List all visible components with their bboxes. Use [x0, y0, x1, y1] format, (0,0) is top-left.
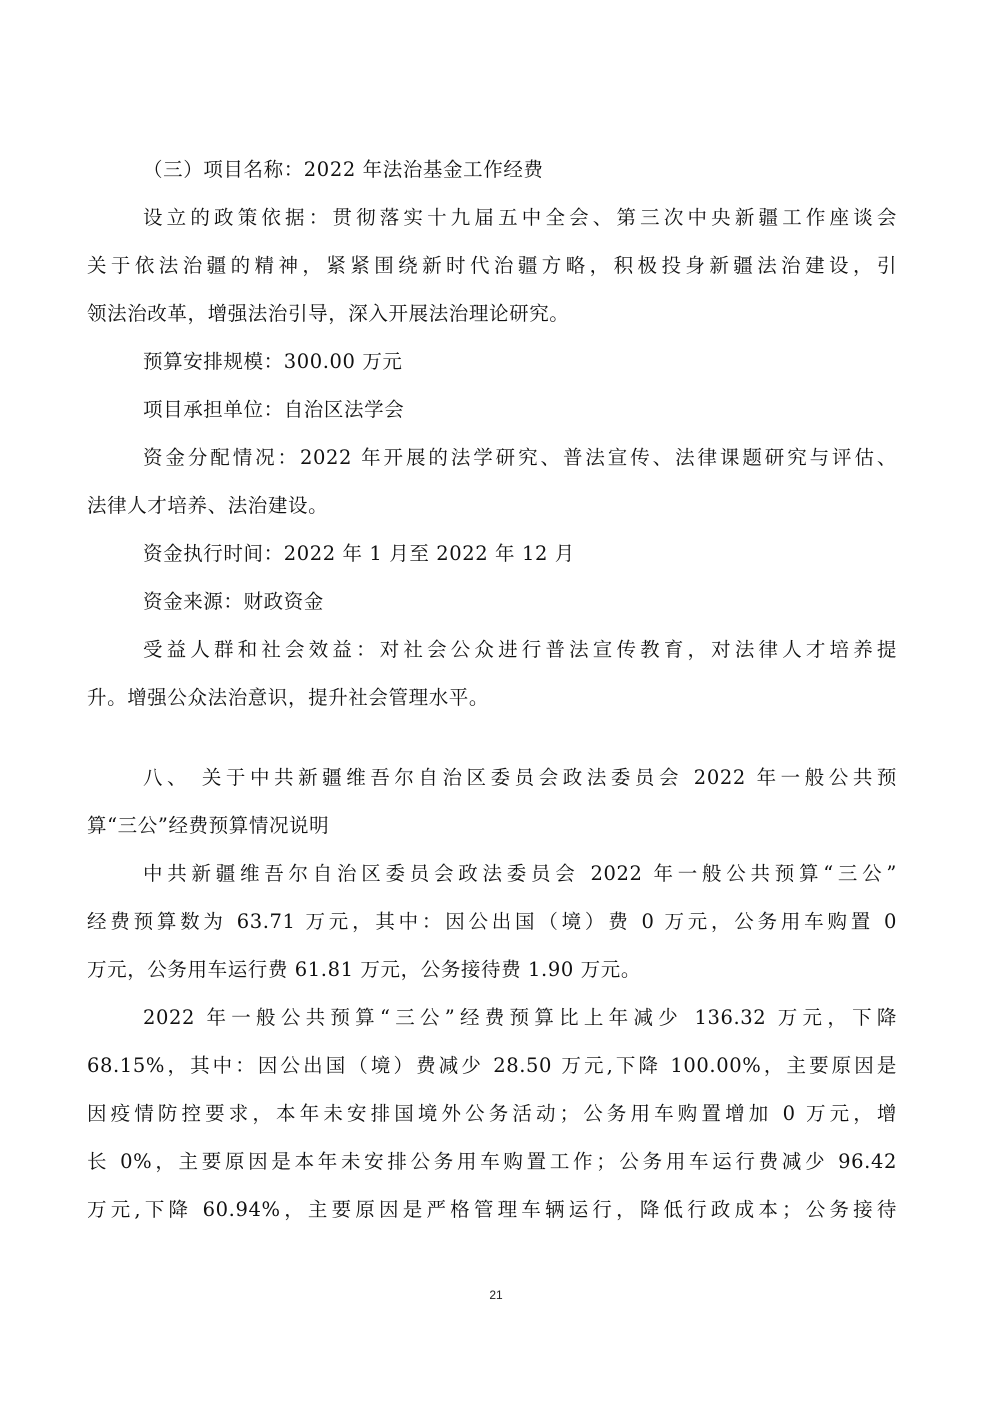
paragraph-2-line-4: 长 0%，主要原因是本年未安排公务用车购置工作；公务用车运行费减少 96.42: [87, 1150, 897, 1174]
section-eight-heading-line-1: 八、 关于中共新疆维吾尔自治区委员会政法委员会 2022 年一般公共预: [143, 766, 897, 790]
fund-source: 资金来源：财政资金: [143, 590, 897, 614]
policy-basis-line-3: 领法治改革，增强法治引导，深入开展法治理论研究。: [87, 302, 897, 326]
undertaking-unit: 项目承担单位：自治区法学会: [143, 398, 897, 422]
paragraph-1-line-3: 万元，公务用车运行费 61.81 万元，公务接待费 1.90 万元。: [87, 958, 897, 982]
policy-basis-line-1: 设立的政策依据：贯彻落实十九届五中全会、第三次中央新疆工作座谈会: [143, 206, 897, 230]
beneficiaries-line-2: 升。增强公众法治意识，提升社会管理水平。: [87, 686, 897, 710]
paragraph-1-line-1: 中共新疆维吾尔自治区委员会政法委员会 2022 年一般公共预算“三公”: [143, 862, 897, 886]
paragraph-2-line-2: 68.15%，其中：因公出国（境）费减少 28.50 万元,下降 100.00%…: [87, 1054, 897, 1078]
paragraph-1-line-2: 经费预算数为 63.71 万元，其中：因公出国（境）费 0 万元，公务用车购置 …: [87, 910, 897, 934]
section-eight-heading-line-2: 算“三公”经费预算情况说明: [87, 814, 897, 838]
paragraph-2-line-5: 万元,下降 60.94%，主要原因是严格管理车辆运行，降低行政成本；公务接待: [87, 1198, 897, 1222]
fund-allocation-line-2: 法律人才培养、法治建设。: [87, 494, 897, 518]
paragraph-2-line-3: 因疫情防控要求，本年未安排国境外公务活动；公务用车购置增加 0 万元，增: [87, 1102, 897, 1126]
paragraph-2-line-1: 2022 年一般公共预算“三公”经费预算比上年减少 136.32 万元，下降: [143, 1006, 897, 1030]
execution-time: 资金执行时间：2022 年 1 月至 2022 年 12 月: [143, 542, 897, 566]
page-number: 21: [0, 1288, 992, 1302]
beneficiaries-line-1: 受益人群和社会效益：对社会公众进行普法宣传教育，对法律人才培养提: [143, 638, 897, 662]
document-page: （三）项目名称：2022 年法治基金工作经费 设立的政策依据：贯彻落实十九届五中…: [0, 0, 992, 1403]
budget-scale: 预算安排规模：300.00 万元: [143, 350, 897, 374]
policy-basis-line-2: 关于依法治疆的精神，紧紧围绕新时代治疆方略，积极投身新疆法治建设，引: [87, 254, 897, 278]
fund-allocation-line-1: 资金分配情况：2022 年开展的法学研究、普法宣传、法律课题研究与评估、: [143, 446, 897, 470]
project-heading: （三）项目名称：2022 年法治基金工作经费: [143, 158, 897, 182]
